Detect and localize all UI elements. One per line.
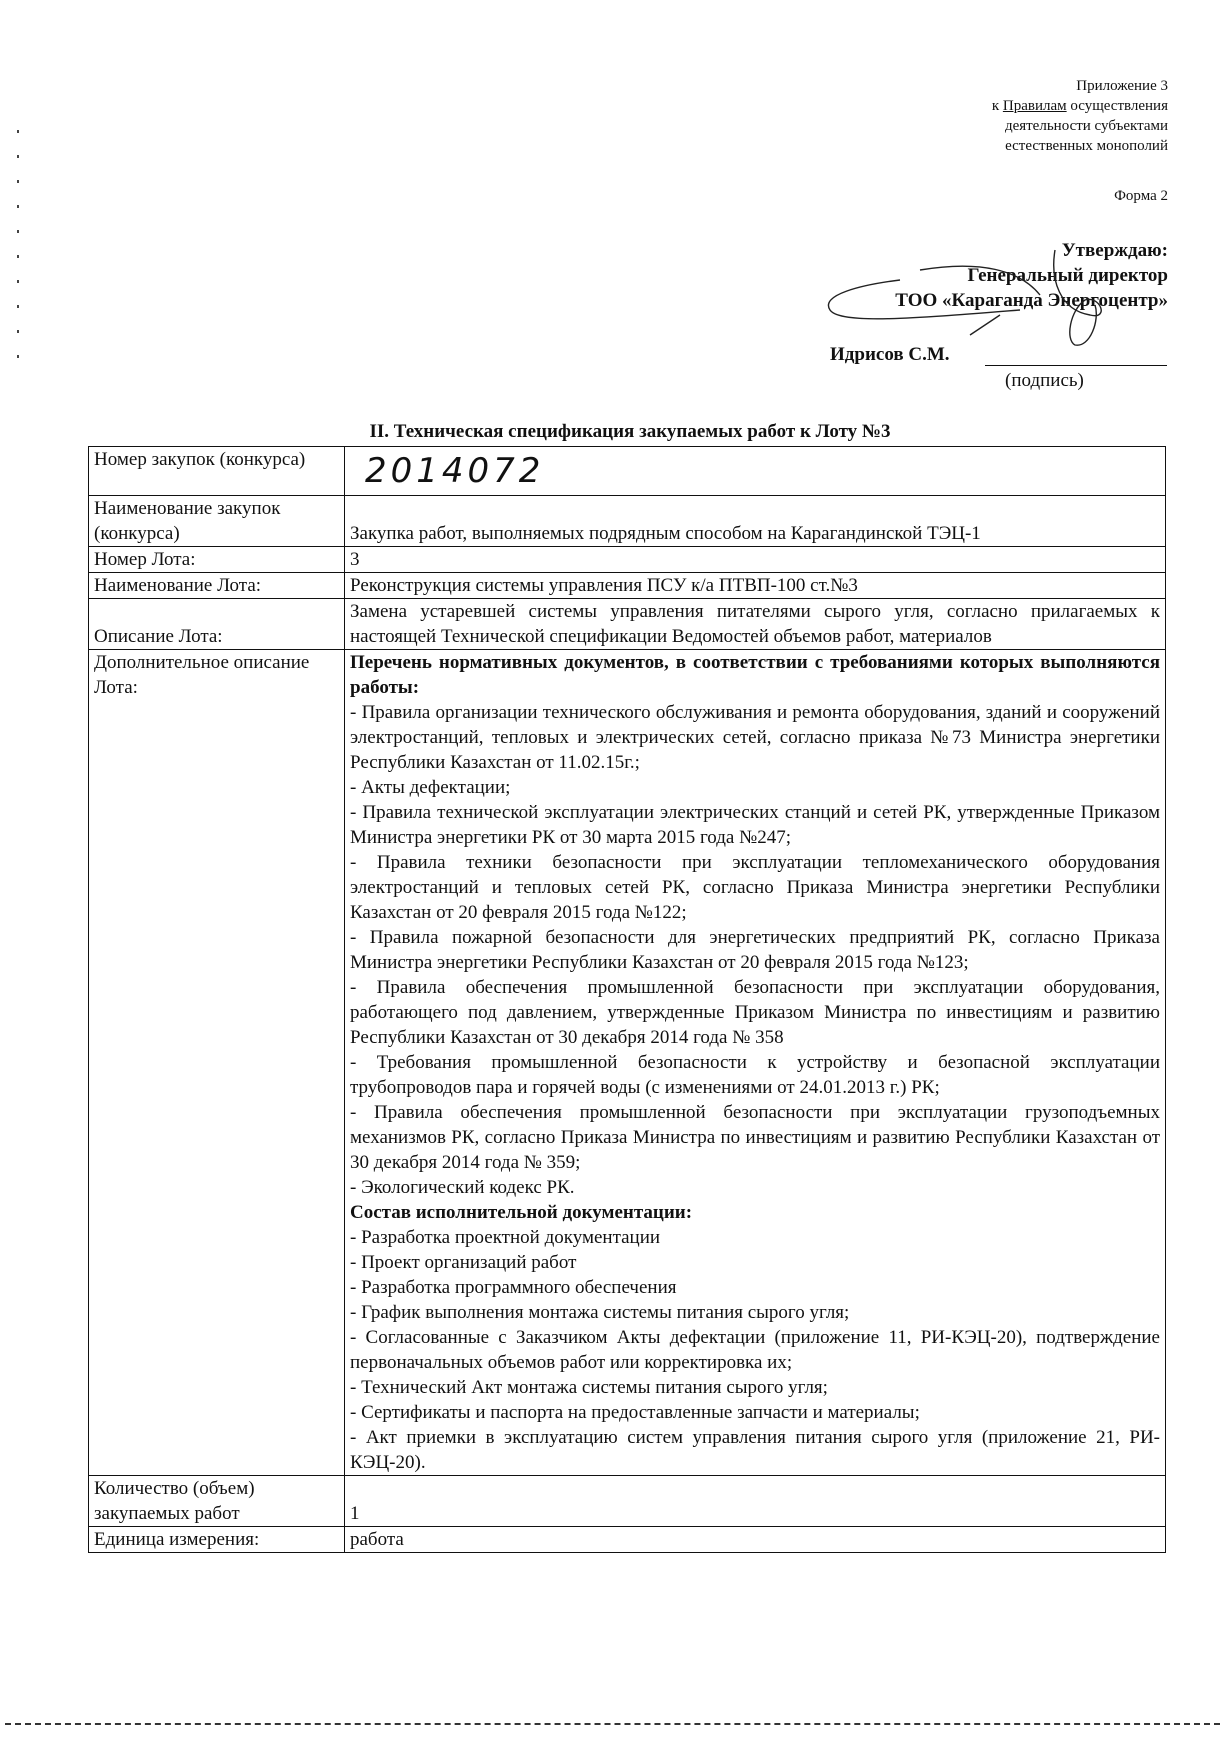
specification-table: Номер закупок (конкурса) 2014072 Наимено… [88, 446, 1166, 1553]
list-item: - Экологический кодекс РК. [350, 1175, 1160, 1200]
label-procurement-number: Номер закупок (конкурса) [89, 447, 345, 496]
label-unit: Единица измерения: [89, 1527, 345, 1553]
list-item: - Правила пожарной безопасности для энер… [350, 925, 1160, 975]
list-item: - Правила обеспечения промышленной безоп… [350, 975, 1160, 1050]
docs-heading: Состав исполнительной документации: [350, 1200, 1160, 1225]
scan-margin-marks [17, 130, 21, 380]
appendix-line-3: деятельности субъектами [992, 116, 1168, 136]
table-row: Наименование закупок (конкурса) Закупка … [89, 496, 1166, 547]
signer-name: Идрисов С.М. [830, 344, 950, 366]
label-lot-description: Описание Лота: [89, 599, 345, 650]
list-item: - Правила техники безопасности при экспл… [350, 850, 1160, 925]
list-item: - Акт приемки в эксплуатацию систем упра… [350, 1425, 1160, 1475]
label-procurement-name: Наименование закупок (конкурса) [89, 496, 345, 547]
label-lot-number: Номер Лота: [89, 547, 345, 573]
table-row: Наименование Лота: Реконструкция системы… [89, 573, 1166, 599]
value-unit: работа [345, 1527, 1166, 1553]
document-title: II. Техническая спецификация закупаемых … [90, 421, 1170, 443]
approval-position: Генеральный директор [895, 263, 1168, 288]
table-row: Описание Лота: Замена устаревшей системы… [89, 599, 1166, 650]
value-lot-additional: Перечень нормативных документов, в соотв… [345, 650, 1166, 1476]
value-lot-number: 3 [345, 547, 1166, 573]
list-item: - Акты дефектации; [350, 775, 1160, 800]
list-item: - Технический Акт монтажа системы питани… [350, 1375, 1160, 1400]
table-row: Количество (объем) закупаемых работ 1 [89, 1476, 1166, 1527]
label-lot-name: Наименование Лота: [89, 573, 345, 599]
label-quantity: Количество (объем) закупаемых работ [89, 1476, 345, 1527]
value-quantity: 1 [345, 1476, 1166, 1527]
appendix-line-1: Приложение 3 [992, 76, 1168, 96]
list-item: - Правила обеспечения промышленной безоп… [350, 1100, 1160, 1175]
table-row: Единица измерения: работа [89, 1527, 1166, 1553]
appendix-line-4: естественных монополий [992, 136, 1168, 156]
handwritten-number: 2014072 [350, 447, 1160, 495]
signature-caption: (подпись) [1005, 370, 1084, 392]
appendix-header: Приложение 3 к Правилам осуществления де… [992, 76, 1168, 156]
approval-company: ТОО «Караганда Энергоцентр» [895, 288, 1168, 313]
table-row: Номер Лота: 3 [89, 547, 1166, 573]
list-item: - Правила технической эксплуатации элект… [350, 800, 1160, 850]
list-item: - Сертификаты и паспорта на предоставлен… [350, 1400, 1160, 1425]
form-label: Форма 2 [1114, 188, 1168, 205]
value-lot-description: Замена устаревшей системы управления пит… [345, 599, 1166, 650]
approval-heading: Утверждаю: [895, 238, 1168, 263]
label-lot-additional: Дополнительное описание Лота: [89, 650, 345, 1476]
list-item: - График выполнения монтажа системы пита… [350, 1300, 1160, 1325]
value-procurement-number: 2014072 [345, 447, 1166, 496]
table-row: Номер закупок (конкурса) 2014072 [89, 447, 1166, 496]
rules-link[interactable]: Правилам [1003, 98, 1067, 114]
appendix-line-2: к Правилам осуществления [992, 96, 1168, 116]
docs-list: - Разработка проектной документации- Про… [350, 1225, 1160, 1475]
value-lot-name: Реконструкция системы управления ПСУ к/а… [345, 573, 1166, 599]
normative-heading: Перечень нормативных документов, в соотв… [350, 650, 1160, 700]
value-procurement-name: Закупка работ, выполняемых подрядным спо… [345, 496, 1166, 547]
list-item: - Правила организации технического обслу… [350, 700, 1160, 775]
list-item: - Разработка программного обеспечения [350, 1275, 1160, 1300]
list-item: - Проект организаций работ [350, 1250, 1160, 1275]
approval-block: Утверждаю: Генеральный директор ТОО «Кар… [895, 238, 1168, 313]
list-item: - Разработка проектной документации [350, 1225, 1160, 1250]
normative-list: - Правила организации технического обслу… [350, 700, 1160, 1200]
list-item: - Требования промышленной безопасности к… [350, 1050, 1160, 1100]
page-bottom-edge [5, 1723, 1220, 1725]
table-row: Дополнительное описание Лота: Перечень н… [89, 650, 1166, 1476]
list-item: - Согласованные с Заказчиком Акты дефект… [350, 1325, 1160, 1375]
signature-line [985, 365, 1167, 366]
